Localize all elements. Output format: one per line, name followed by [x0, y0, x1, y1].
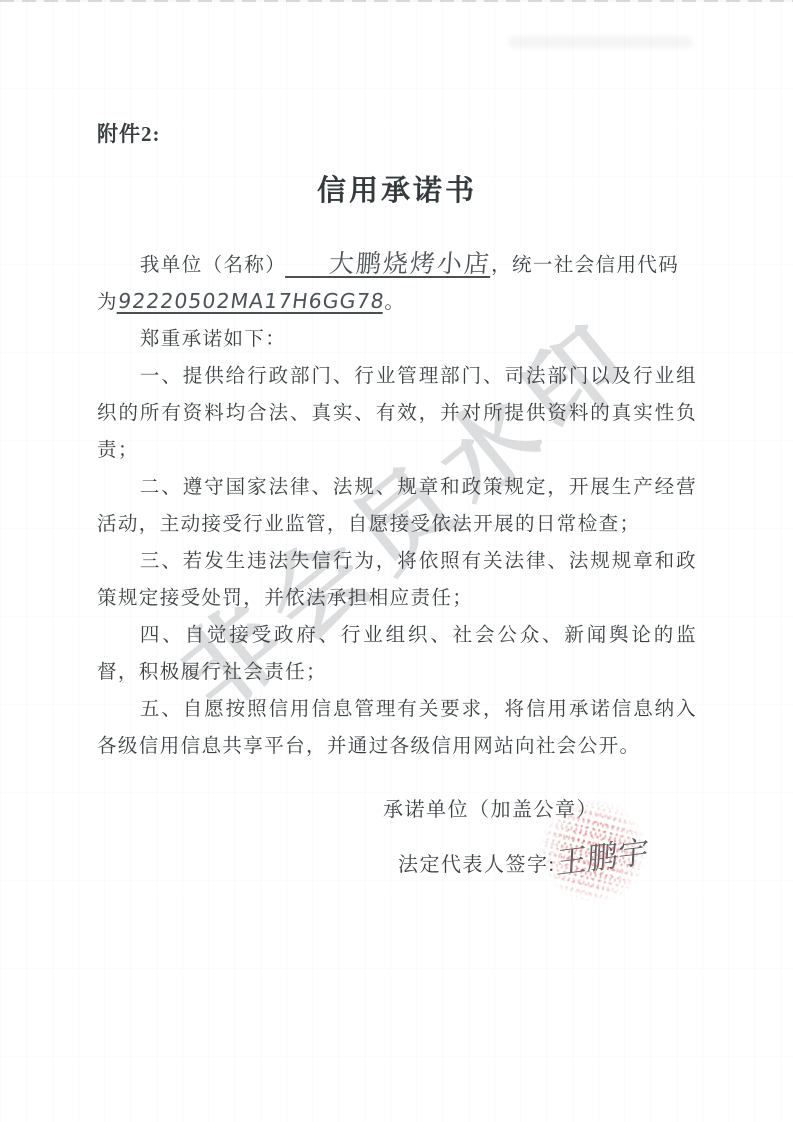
clause-paragraph-5: 五、自愿按照信用信息管理有关要求，将信用承诺信息纳入各级信用信息共享平台，并通过…: [97, 691, 697, 765]
signature-unit-line: 承诺单位（加盖公章）: [383, 793, 598, 822]
intro-line1-prefix: 我单位（名称）: [140, 255, 286, 276]
pledge-heading: 郑重承诺如下：: [97, 321, 697, 358]
credit-code-handwritten: 92220502MA17H6GG78: [117, 291, 386, 314]
company-name-handwritten: 大鹏烧烤小店: [285, 251, 492, 278]
clause-paragraph-3: 三、若发生违法失信行为，将依照有关法律、法规规章和政策规定接受处罚，并依法承担相…: [97, 543, 697, 617]
document-content: 附件2: 信用承诺书 我单位（名称）大鹏烧烤小店，统一社会信用代码 为92220…: [97, 0, 697, 765]
legal-rep-signature-handwritten: 王鹏宇: [555, 826, 650, 883]
intro-line2-prefix: 为: [97, 292, 118, 313]
clause-paragraph-4: 四、自觉接受政府、行业组织、社会公众、新闻舆论的监督，积极履行社会责任；: [97, 617, 697, 691]
clause-paragraph-2: 二、遵守国家法律、法规、规章和政策规定，开展生产经营活动，主动接受行业监管，自愿…: [97, 469, 697, 543]
intro-line1-suffix: ，统一社会信用代码: [491, 255, 679, 276]
document-body: 我单位（名称）大鹏烧烤小店，统一社会信用代码 为92220502MA17H6GG…: [97, 247, 697, 765]
legal-rep-label: 法定代表人签字:: [398, 854, 556, 876]
scanned-document-page: 非会员水印 附件2: 信用承诺书 我单位（名称）大鹏烧烤小店，统一社会信用代码 …: [0, 0, 793, 1122]
clause-paragraph-1: 一、提供给行政部门、行业管理部门、司法部门以及行业组织的所有资料均合法、真实、有…: [97, 358, 697, 469]
intro-line-1: 我单位（名称）大鹏烧烤小店，统一社会信用代码: [97, 247, 697, 284]
document-title: 信用承诺书: [97, 168, 697, 209]
intro-line2-suffix: 。: [384, 292, 405, 313]
attachment-label: 附件2:: [97, 118, 697, 148]
signature-legal-rep-line: 法定代表人签字:王鹏宇: [398, 835, 649, 880]
intro-line-2: 为92220502MA17H6GG78。: [97, 284, 697, 321]
